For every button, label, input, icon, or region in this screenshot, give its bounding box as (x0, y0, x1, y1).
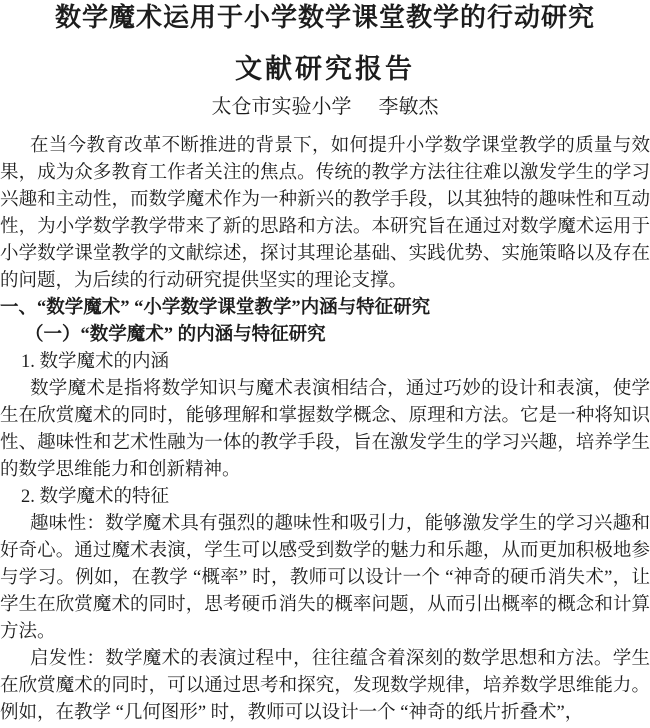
paragraph-introduction: 在当今教育改革不断推进的背景下，如何提升小学数学课堂教学的质量与效果，成为众多教… (0, 133, 650, 295)
document-page: 数学魔术运用于小学数学课堂教学的行动研究 文献研究报告 太仓市实验小学李敏杰 在… (0, 0, 650, 728)
paragraph-connotation: 数学魔术是指将数学知识与魔术表演相结合，通过巧妙的设计和表演，使学生在欣赏魔术的… (0, 376, 650, 484)
author-school: 太仓市实验小学 (212, 96, 352, 118)
heading-section-1: 一、“数学魔术” “小学数学课堂教学”内涵与特征研究 (0, 295, 650, 322)
heading-subsection-1-1: （一）“数学魔术” 的内涵与特征研究 (25, 322, 650, 349)
numbered-item-connotation: 1. 数学魔术的内涵 (21, 349, 650, 376)
author-line: 太仓市实验小学李敏杰 (0, 95, 650, 119)
paragraph-feature-fun: 趣味性：数学魔术具有强烈的趣味性和吸引力，能够激发学生的学习兴趣和好奇心。通过魔… (0, 511, 650, 646)
doc-subtitle: 文献研究报告 (0, 54, 650, 84)
author-name: 李敏杰 (379, 96, 439, 118)
doc-title: 数学魔术运用于小学数学课堂教学的行动研究 (0, 2, 650, 34)
document-body: 在当今教育改革不断推进的背景下，如何提升小学数学课堂教学的质量与效果，成为众多教… (0, 133, 650, 727)
paragraph-feature-inspiring: 启发性：数学魔术的表演过程中，往往蕴含着深刻的数学思想和方法。学生在欣赏魔术的同… (0, 646, 650, 727)
numbered-item-features: 2. 数学魔术的特征 (21, 484, 650, 511)
